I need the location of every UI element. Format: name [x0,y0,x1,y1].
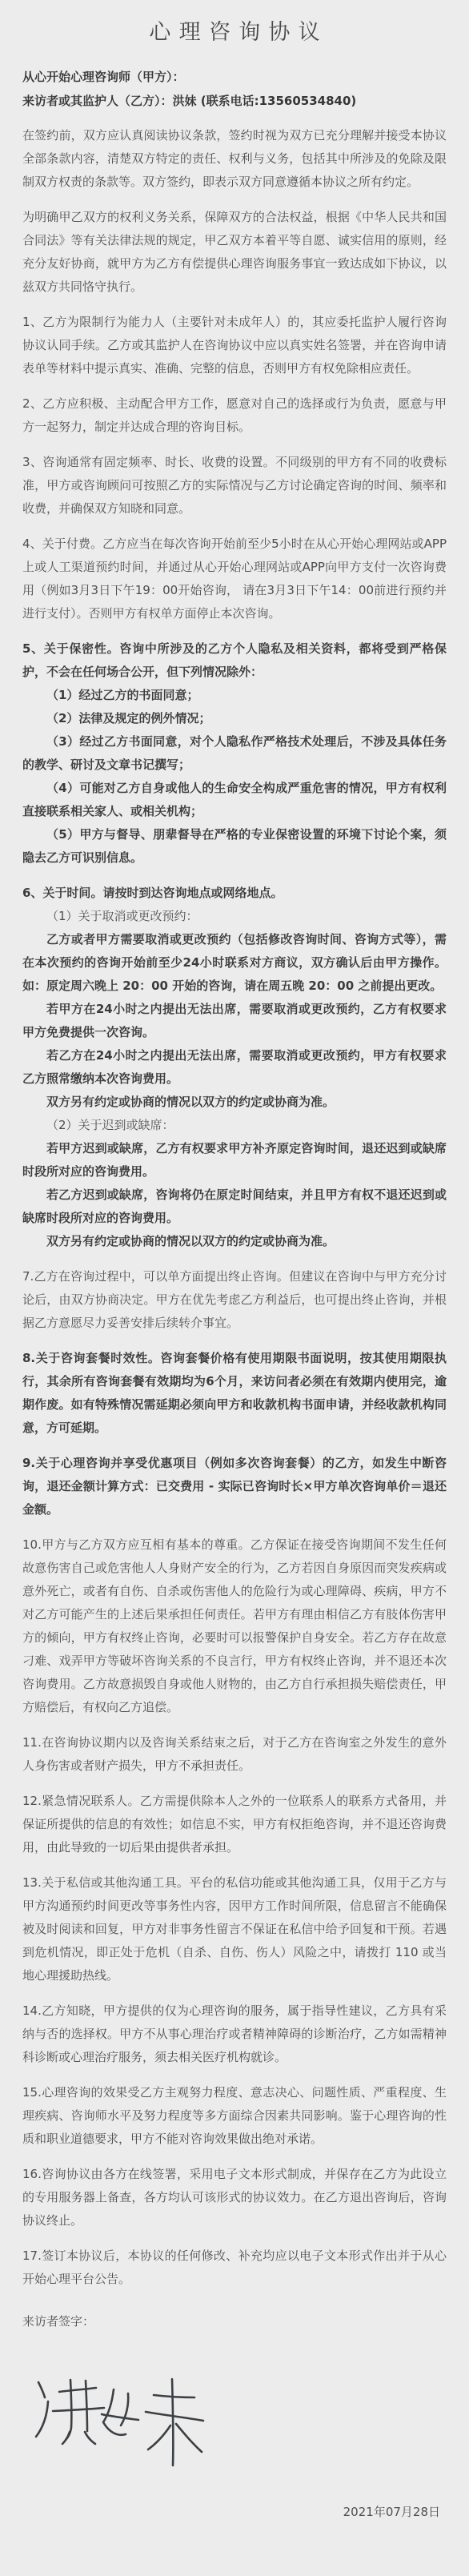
clause-11: 11.在咨询协议期内以及咨询关系结束之后，对于乙方在咨询室之外发生的意外人身伤害… [22,1731,447,1778]
clause-6-sub-2-rule-c: 双方另有约定或协商的情况以双方的约定或协商为准。 [22,1230,447,1253]
clause-7: 7.乙方在咨询过程中，可以单方面提出终止咨询。但建议在咨询中与甲方充分讨论后，由… [22,1265,447,1335]
clause-16: 16.咨询协议由各方在线签署，采用电子文本形式制成，并保存在乙方为此设立的专用服… [22,2163,447,2232]
parties-block: 从心开始心理咨询师（甲方）： 来访者或其监护人（乙方）：洪妹 (联系电话:135… [22,65,447,113]
clause-4: 4、关于付费。乙方应当在每次咨询开始前至少5小时在从心开始心理网站或APP上或人… [22,532,447,625]
clause-6-block: 6、关于时间。请按时到达咨询地点或网络地点。 （1）关于取消或更改预约： 乙方或… [22,882,447,1253]
clause-13: 13.关于私信或其他沟通工具。平台的私信功能或其他沟通工具，仅用于乙方与甲方沟通… [22,1871,447,1987]
clause-5-block: 5、关于保密性。咨询中所涉及的乙方个人隐私及相关资料，都将受到严格保护，不会在任… [22,637,447,870]
clause-6-sub-2-rule-a: 若甲方迟到或缺席，乙方有权要求甲方补齐原定咨询时间，退还迟到或缺席时段所对应的咨… [22,1137,447,1184]
clause-5-sub-2: （2）法律及规定的例外情况； [22,707,447,730]
clause-6-sub-1-rule-c: 双方另有约定或协商的情况以双方的约定或协商为准。 [22,1091,447,1114]
clause-2: 2、乙方应积极、主动配合甲方工作，愿意对自己的选择或行为负责，愿意与甲方一起努力… [22,392,447,439]
clause-9: 9.关于心理咨询并享受优惠项目（例如多次咨询套餐）的乙方，如发生中断咨询，退还金… [22,1452,447,1521]
agreement-document: 心理咨询协议 从心开始心理咨询师（甲方）： 来访者或其监护人（乙方）：洪妹 (联… [0,0,469,2576]
clause-6-heading: 6、关于时间。请按时到达咨询地点或网络地点。 [22,882,447,905]
signature-date: 2021年07月28日 [22,2503,440,2520]
clause-6-sub-2-title: （2）关于迟到或缺席： [22,1114,447,1137]
clause-8: 8.关于咨询套餐时效性。咨询套餐价格有使用期限书面说明，按其使用期限执行，其余所… [22,1347,447,1440]
intro-paragraph-1: 在签约前，双方应认真阅读协议条款，签约时视为双方已充分理解并接受本协议全部条款内… [22,124,447,194]
clause-6-sub-1-body: 乙方或者甲方需要取消或更改预约（包括修改咨询时间、咨询方式等），需在本次预约的咨… [22,928,447,998]
clause-5-sub-3: （3）经过乙方书面同意，对个人隐私作严格技术处理后，不涉及具体任务的教学、研讨及… [22,730,447,777]
clause-6-sub-1-rule-b: 若乙方在24小时之内提出无法出席，需要取消或更改预约，甲方有权要求乙方照常缴纳本… [22,1044,447,1091]
clause-5-sub-1: （1）经过乙方的书面同意； [22,684,447,707]
clause-3: 3、咨询通常有固定频率、时长、收费的设置。不同级别的甲方有不同的收费标准，甲方或… [22,451,447,520]
clause-5-sub-4: （4）可能对乙方自身或他人的生命安全构成严重危害的情况，甲方有权利直接联系相关家… [22,777,447,823]
clause-6-sub-1-title: （1）关于取消或更改预约： [22,905,447,928]
intro-paragraph-2: 为明确甲乙双方的权利义务关系，保障双方的合法权益，根据《中华人民共和国合同法》等… [22,206,447,299]
clause-6-sub-2-rule-b: 若乙方迟到或缺席，咨询将仍在原定时间结束，并且甲方有权不退还迟到或缺席时段所对应… [22,1184,447,1230]
party-a-line: 从心开始心理咨询师（甲方）： [22,65,447,89]
clause-17: 17.签订本协议后，本协议的任何修改、补充均应以电子文本形式作出并于从心开始心理… [22,2244,447,2291]
page-title: 心理咨询协议 [22,14,447,46]
clause-5-heading: 5、关于保密性。咨询中所涉及的乙方个人隐私及相关资料，都将受到严格保护，不会在任… [22,637,447,684]
clause-6-sub-1-rule-a: 若甲方在24小时之内提出无法出席，需要取消或更改预约，乙方有权要求甲方免费提供一… [22,998,447,1044]
clause-12: 12.紧急情况联系人。乙方需提供除本人之外的一位联系人的联系方式备用，并保证所提… [22,1790,447,1859]
party-b-line: 来访者或其监护人（乙方）：洪妹 (联系电话:13560534840) [22,89,447,113]
clause-1: 1、乙方为限制行为能力人（主要针对未成年人）的，其应委托监护人履行咨询协议认同手… [22,311,447,380]
visitor-signature-label: 来访者签字： [22,2310,447,2333]
clause-14: 14.乙方知晓，甲方提供的仅为心理咨询的服务，属于指导性建议，乙方具有采纳与否的… [22,1999,447,2069]
clause-15: 15.心理咨询的效果受乙方主观努力程度、意志决心、问题性质、严重程度、生理疾病、… [22,2081,447,2151]
handwritten-signature [30,2375,210,2481]
clause-5-sub-5: （5）甲方与督导、朋辈督导在严格的专业保密设置的环境下讨论个案，须隐去乙方可识别… [22,823,447,870]
clause-10: 10.甲方与乙方双方应互相有基本的尊重。乙方保证在接受咨询期间不发生任何故意伤害… [22,1533,447,1719]
